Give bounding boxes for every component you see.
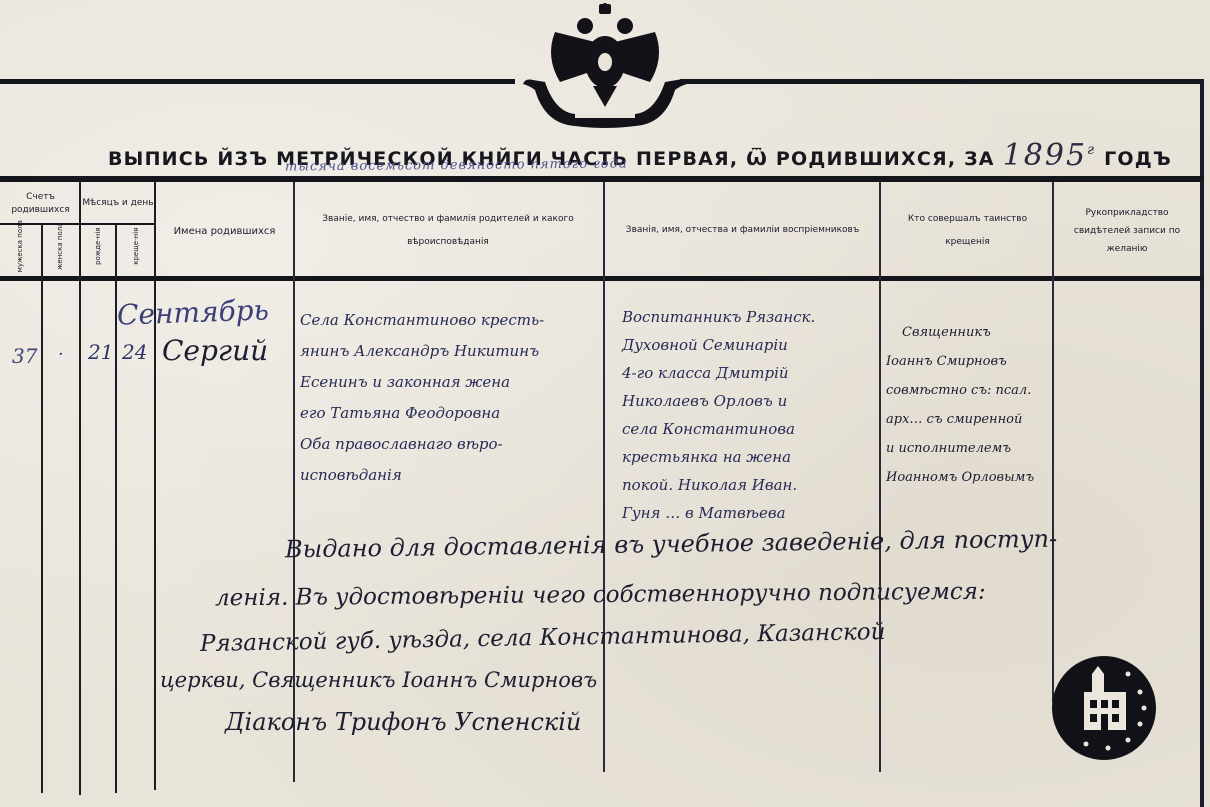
entry-count-male: 37 [12, 344, 37, 368]
header-child-name: Имена родившихся [156, 186, 293, 276]
entry-count-female: · [58, 344, 64, 365]
header-birth: рожде-нія [94, 218, 102, 274]
header-parents: Званіе, имя, отчество и фамилія родителе… [300, 190, 596, 272]
title-year: 1895г [1003, 138, 1096, 173]
certification-line-4: церкви, Священникъ Іоаннъ Смирновъ [160, 668, 597, 692]
header-godparents: Званія, имя, отчества и фамиліи воспріем… [620, 190, 865, 272]
certification-line-2: ленія. Въ удостовѣреніи чего собственнор… [215, 579, 986, 612]
header-count-female: женска пола [56, 218, 64, 274]
top-border-right [680, 79, 1202, 84]
double-headed-eagle-icon [515, 2, 695, 132]
church-seal-stamp [1048, 652, 1160, 764]
certification-line-1: Выдано для доставленія въ учебное заведе… [285, 525, 1057, 564]
entry-birth-day: 21 [88, 340, 113, 364]
header-count-group: Счетъ родившихся [2, 186, 79, 222]
handwritten-year-words: тысяча восемьсот девяносто пятого года [285, 157, 628, 175]
col-line [79, 182, 81, 795]
header-baptism: креще-нія [132, 218, 140, 274]
entry-officiant: Священникъ Іоаннъ Смирновъ совмѣстно съ:… [886, 318, 1056, 492]
certification-line-3: Рязанской губ. уѣзда, села Константинова… [200, 619, 886, 657]
header-month-day-group: Мѣсяцъ и день [82, 186, 154, 222]
entry-baptism-day: 24 [122, 340, 147, 364]
entry-child-name: Сергий [162, 334, 268, 367]
right-border [1200, 79, 1204, 807]
entry-month: Сентябрь [116, 293, 269, 331]
header-count-male: мужеска пола [16, 218, 24, 274]
col-line [41, 223, 43, 793]
header-witnesses: Рукоприкладство свидѣтелей записи по жел… [1056, 190, 1198, 272]
entry-godparents: Воспитанникъ Рязанск. Духовной Семинаріи… [622, 303, 882, 527]
col-line [293, 182, 295, 782]
entry-parents: Села Константиново кресть- янинъ Алексан… [300, 305, 605, 491]
header-officiant: Кто совершалъ таинство крещенія [885, 190, 1050, 272]
header-bottom-rule [0, 276, 1204, 281]
top-border [0, 79, 515, 84]
title-suffix: ГОДЪ [1104, 148, 1172, 170]
header-top-rule [0, 176, 1204, 182]
certification-signature-deacon: Діаконъ Трифонъ Успенскій [225, 708, 581, 736]
